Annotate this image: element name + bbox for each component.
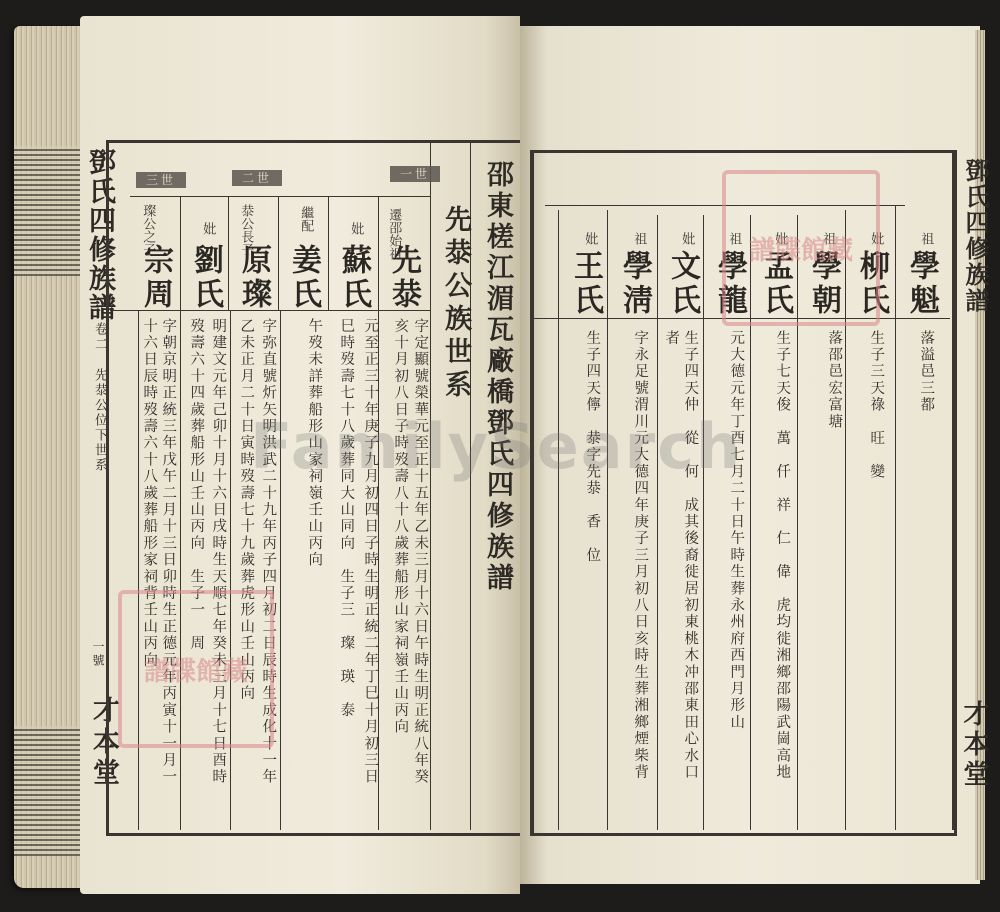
rule bbox=[703, 215, 704, 830]
rule bbox=[280, 310, 281, 830]
collection-seal: 譜牒館藏 bbox=[722, 170, 880, 326]
page-edge-stack-left bbox=[14, 26, 86, 888]
rule bbox=[378, 196, 379, 310]
right-spine-hall-name: 才本堂 bbox=[956, 700, 993, 790]
person-name: 宗周 bbox=[140, 244, 170, 312]
body-column: 落溢邑三都 bbox=[918, 330, 933, 414]
rule bbox=[378, 310, 379, 830]
body-column: 生子四天仲 從 何 成其後裔徙居初東桃木冲邵東田心水口 bbox=[682, 330, 697, 781]
person-name: 先㳟 bbox=[388, 244, 418, 312]
body-column: 落邵邑宏富塘 bbox=[826, 330, 841, 430]
person-name: 蘇氏 bbox=[338, 244, 368, 312]
right-spine-book-title: 鄧氏四修族譜 bbox=[958, 158, 993, 314]
body-column: 亥十月初八日子時歿壽八十八歲葬船形山家祠嶺壬山丙向 bbox=[392, 318, 407, 736]
rule bbox=[895, 205, 896, 830]
person-name: 學淸 bbox=[619, 250, 649, 318]
header-label: 祖 bbox=[918, 232, 932, 245]
rule bbox=[607, 210, 608, 830]
generation-tag: 一世 bbox=[390, 166, 440, 182]
person-name: 原璨 bbox=[238, 244, 268, 312]
rule bbox=[328, 196, 329, 310]
header-label: 璨公之子 bbox=[140, 204, 154, 234]
edge-band bbox=[14, 726, 86, 856]
main-title: 邵東槎江湄瓦廠橋鄧氏四修族譜 bbox=[478, 160, 517, 594]
header-label: 妣 bbox=[582, 232, 596, 245]
rule bbox=[952, 150, 955, 830]
rule bbox=[230, 310, 231, 830]
familysearch-watermark: FamilySearch bbox=[250, 410, 742, 483]
header-label: 妣 bbox=[679, 232, 693, 245]
body-column: 元至正三十年庚子九月初四日子時生明正統二年丁巳十月初三日 bbox=[362, 318, 377, 786]
book-scan: 鄧氏四修族譜 卷二 先㳟公位下世系 一號 才本堂 邵東槎江湄瓦廠橋鄧氏四修族譜 … bbox=[0, 0, 1000, 912]
rule bbox=[130, 196, 430, 197]
rule bbox=[278, 196, 279, 310]
generation-tag: 二世 bbox=[232, 170, 282, 186]
header-label: 㳟公長子 bbox=[238, 204, 252, 234]
header-label: 祖 bbox=[631, 232, 645, 245]
person-name: 學魁 bbox=[906, 250, 936, 318]
body-column: 者 bbox=[663, 330, 678, 347]
rule bbox=[180, 196, 181, 310]
header-label: 妣 bbox=[348, 222, 362, 235]
body-column: 字永足號渭川元大德四年庚子三月初八日亥時生葬湘鄉煙柴背 bbox=[632, 330, 647, 781]
section-title: 先㳟公族世系 bbox=[436, 205, 475, 403]
person-name: 王氏 bbox=[570, 250, 600, 318]
rule bbox=[180, 310, 181, 830]
left-spine-page-number: 一號 bbox=[90, 640, 107, 668]
body-column: 字定顯號榮華元至正十五年乙未三月十六日午時生明正統八年癸 bbox=[412, 318, 427, 786]
rule bbox=[138, 310, 139, 830]
body-column: 生子七天俊 萬 仟 祥 仁 偉 虎均徙湘鄉邵陽武崗高地 bbox=[774, 330, 789, 781]
header-label: 妣 bbox=[200, 222, 214, 235]
header-label: 遷邵始祖 bbox=[386, 208, 400, 238]
body-column: 生子三天祿 旺 變 bbox=[868, 330, 883, 480]
edge-band bbox=[14, 146, 86, 276]
rule bbox=[430, 143, 431, 830]
rule bbox=[558, 210, 559, 830]
generation-tag: 三世 bbox=[136, 172, 186, 188]
person-name: 劉氏 bbox=[190, 244, 220, 312]
person-name: 姜氏 bbox=[288, 244, 318, 312]
person-name: 文氏 bbox=[667, 250, 697, 318]
collection-seal: 譜牒館藏 bbox=[118, 590, 274, 748]
body-column: 巳時歿壽七十八歲葬同大山同向 生子三 璨 瑛 泰 bbox=[338, 318, 353, 719]
header-label: 繼配 bbox=[298, 206, 312, 232]
rule bbox=[657, 215, 658, 830]
body-column: 元大德元年丁酉七月二十日午時生葬永州府西門月形山 bbox=[728, 330, 743, 731]
rule bbox=[228, 196, 229, 310]
